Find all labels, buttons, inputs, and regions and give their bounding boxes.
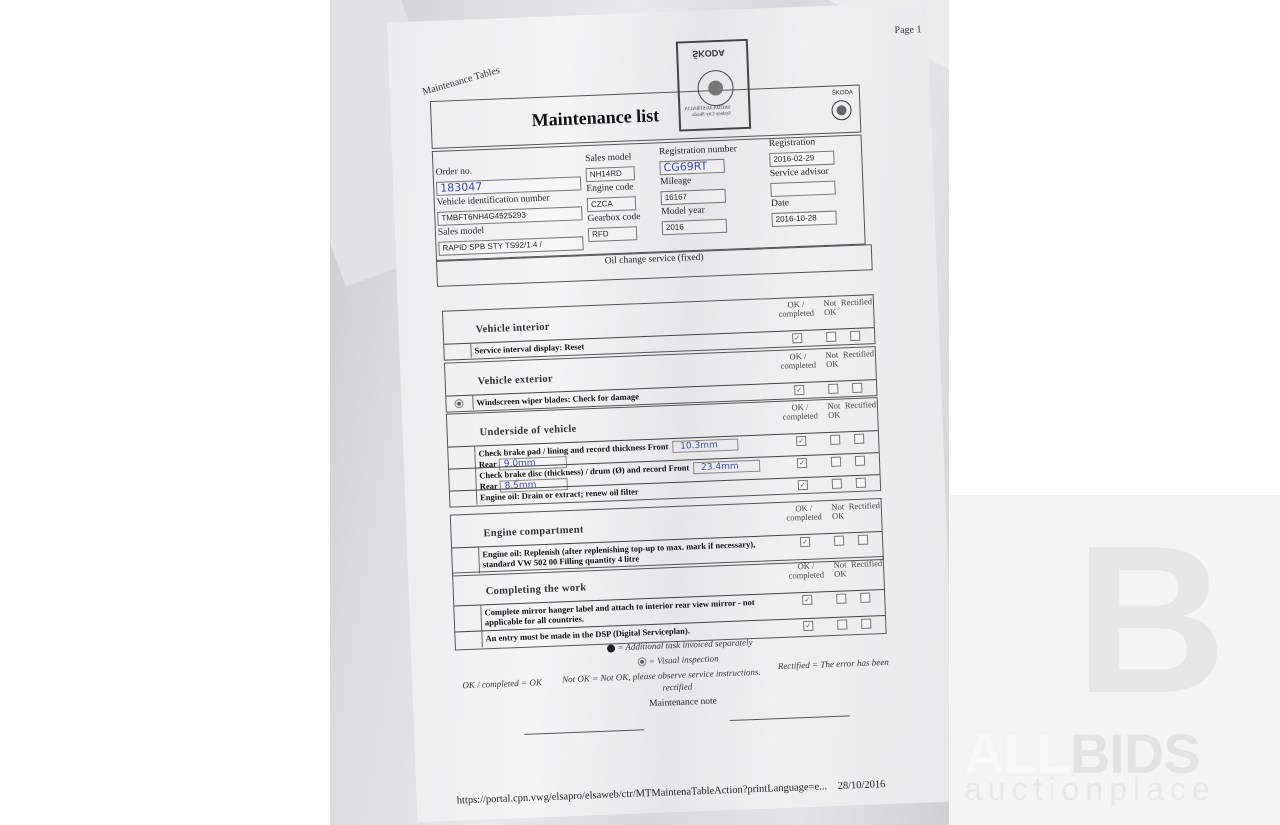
watermark-logo-letter: B <box>1075 515 1227 725</box>
sales-model-desc-field: RAPID SPB STY TS92/1.4 / <box>438 236 583 256</box>
section-title: Underside of vehicle <box>479 424 576 439</box>
section-underside-of-vehicle: Underside of vehicleOK / completedNot OK… <box>446 397 881 508</box>
stamp-text: SKODA AUSTRALIA Sydney City Skoda <box>684 106 731 120</box>
legend-rectified: Rectified = The error has been <box>778 657 889 671</box>
registration-field: 2016-02-29 <box>769 151 834 167</box>
checkbox-ok[interactable]: ✓ <box>792 333 802 343</box>
footer-date: 28/10/2016 <box>837 779 885 792</box>
visual-inspection-icon <box>454 399 463 408</box>
mileage-field: 16167 <box>661 189 726 205</box>
checkbox-ok[interactable]: ✓ <box>802 595 812 605</box>
vehicle-info-box: Order no. 183047 Vehicle identification … <box>432 135 866 261</box>
service-advisor-field <box>770 181 835 197</box>
row-marker-cell <box>449 469 477 492</box>
model-year-field: 2016 <box>662 219 727 235</box>
checkbox-rectified[interactable] <box>860 593 870 603</box>
vin-field: TMBFT6NH4G4525293 <box>437 206 582 226</box>
maintenance-sheet: Page 1 Maintenance Tables Maintenance li… <box>387 2 949 822</box>
checkbox-not-ok[interactable] <box>826 332 836 342</box>
stamp-brand: ŠKODA <box>692 48 725 59</box>
section-completing-the-work: Completing the workOK / completedNot OKR… <box>452 556 887 651</box>
column-header-ok: OK / completed <box>783 561 830 581</box>
legend-ok: OK / completed = OK <box>462 677 542 690</box>
checkbox-rectified[interactable] <box>850 331 860 341</box>
checkbox-rectified[interactable] <box>854 434 864 444</box>
registration-number-field: CG69RT <box>659 159 724 175</box>
checkbox-not-ok[interactable] <box>831 457 841 467</box>
column-header-not-ok: Not OK <box>825 401 844 420</box>
column-header-rectified: Rectified <box>851 559 881 569</box>
header-left: Maintenance Tables <box>421 65 501 98</box>
gearbox-code-label: Gearbox code <box>587 212 640 224</box>
column-header-rectified: Rectified <box>845 400 875 410</box>
model-year-label: Model year <box>661 206 705 218</box>
date-label: Date <box>771 198 789 209</box>
sales-model-label: Sales model <box>585 152 632 164</box>
skoda-logo-icon <box>831 100 852 121</box>
checkbox-not-ok[interactable] <box>830 435 840 445</box>
section-title: Completing the work <box>486 582 587 597</box>
service-advisor-label: Service advisor <box>770 167 829 179</box>
legend-visual: = Visual inspection <box>637 653 718 667</box>
checkbox-rectified[interactable] <box>855 456 865 466</box>
row-marker-cell <box>446 396 474 411</box>
order-no-label: Order no. <box>435 167 472 178</box>
page-number: Page 1 <box>894 24 921 36</box>
mileage-label: Mileage <box>660 176 692 187</box>
front-measurement: 10.3mm <box>672 438 739 453</box>
checkbox-not-ok[interactable] <box>836 593 846 603</box>
registration-label: Registration <box>769 137 816 149</box>
engine-code-label: Engine code <box>586 182 634 194</box>
row-marker-cell <box>450 491 478 506</box>
signature-line-right <box>730 715 850 721</box>
column-header-rectified: Rectified <box>841 297 871 307</box>
dealer-stamp: ŠKODA SKODA AUSTRALIA Sydney City Skoda <box>676 39 751 132</box>
checkbox-ok[interactable]: ✓ <box>803 621 813 631</box>
signature-line-left <box>524 729 644 735</box>
column-header-ok: OK / completed <box>777 402 824 422</box>
allbids-watermark: B ALLBIDS auctionplace <box>950 495 1280 825</box>
sales-model-desc-label: Sales model <box>438 226 485 238</box>
front-measurement: 23.4mm <box>693 460 760 475</box>
column-header-ok: OK / completed <box>781 503 828 523</box>
legend-rectified-cont: rectified <box>662 681 692 692</box>
column-header-ok: OK / completed <box>775 351 822 371</box>
checkbox-not-ok[interactable] <box>834 535 844 545</box>
page-title: Maintenance list <box>531 105 659 131</box>
gearbox-code-field: RFD <box>588 226 638 242</box>
engine-code-field: CZCA <box>587 196 637 212</box>
column-header-ok: OK / completed <box>773 299 820 319</box>
watermark-tagline: auctionplace <box>964 771 1216 808</box>
filled-dot-icon <box>607 644 615 652</box>
row-marker-cell <box>452 548 480 575</box>
checkbox-ok[interactable]: ✓ <box>800 537 810 547</box>
checkbox-not-ok[interactable] <box>832 479 842 489</box>
section-title: Engine compartment <box>483 524 584 539</box>
row-marker-cell <box>448 447 476 470</box>
stamp-logo-icon <box>697 69 734 106</box>
column-header-not-ok: Not OK <box>821 299 840 318</box>
checkbox-rectified[interactable] <box>856 478 866 488</box>
registration-number-label: Registration number <box>659 144 737 157</box>
checkbox-rectified[interactable] <box>861 619 871 629</box>
checkbox-rectified[interactable] <box>858 535 868 545</box>
sales-model-field: NH14RD <box>586 166 636 182</box>
section-title: Vehicle exterior <box>477 374 553 388</box>
checkbox-not-ok[interactable] <box>828 384 838 394</box>
section-title: Vehicle interior <box>475 322 549 336</box>
checkbox-not-ok[interactable] <box>837 619 847 629</box>
checkbox-ok[interactable]: ✓ <box>794 385 804 395</box>
column-header-rectified: Rectified <box>849 501 879 511</box>
order-no-field: 183047 <box>436 176 581 196</box>
column-header-not-ok: Not OK <box>829 502 848 521</box>
footer-url: https://portal.cpn.vwg/elsapro/elsaweb/c… <box>457 779 886 806</box>
brand-name: ŠKODA <box>832 90 853 97</box>
maintenance-note-label: Maintenance note <box>649 696 717 709</box>
row-marker-cell <box>455 631 483 648</box>
checkbox-ok[interactable]: ✓ <box>798 480 808 490</box>
checkbox-ok[interactable]: ✓ <box>796 436 806 446</box>
column-header-not-ok: Not OK <box>831 560 850 579</box>
row-marker-cell <box>444 344 472 359</box>
document-photo: Page 1 Maintenance Tables Maintenance li… <box>330 0 949 825</box>
sections-container: Vehicle interiorOK / completedNot OKRect… <box>387 2 927 23</box>
row-marker-cell <box>454 605 482 632</box>
column-header-rectified: Rectified <box>843 349 873 359</box>
date-field: 2016-10-28 <box>771 211 836 227</box>
checkbox-rectified[interactable] <box>852 383 862 393</box>
checkbox-ok[interactable]: ✓ <box>797 458 807 468</box>
column-header-not-ok: Not OK <box>823 350 842 369</box>
vin-label: Vehicle identification number <box>437 194 550 208</box>
visual-inspection-icon <box>637 658 646 667</box>
